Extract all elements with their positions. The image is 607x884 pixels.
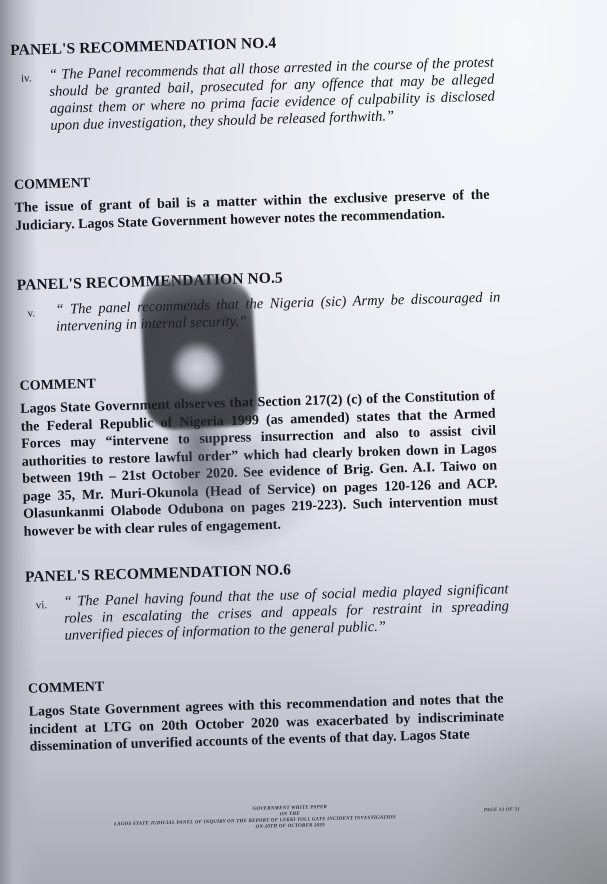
recommendation-item: v. “ The panel recommends that the Niger…	[17, 289, 513, 337]
page-footer: Government White Paper on the Lagos Stat…	[80, 801, 500, 835]
recommendation-number: v.	[17, 302, 56, 337]
recommendation-number: iv.	[11, 67, 51, 136]
comment-section-6: COMMENT Lagos State Government agrees wi…	[28, 668, 525, 756]
comment-title: COMMENT	[28, 668, 523, 698]
recommendation-text: “ The Panel recommends that all those ar…	[49, 55, 496, 135]
ink-blot-stain	[139, 275, 259, 431]
recommendation-item: iv. “ The Panel recommends that all thos…	[11, 54, 508, 136]
recommendation-section-4: PANEL'S RECOMMENDATION NO.4 iv. “ The Pa…	[10, 28, 507, 136]
document-page: PANEL'S RECOMMENDATION NO.4 iv. “ The Pa…	[0, 0, 607, 884]
comment-text: The issue of grant of bail is a matter w…	[14, 187, 490, 235]
recommendation-section-6: PANEL'S RECOMMENDATION NO.6 vi. “ The Pa…	[25, 555, 522, 646]
recommendation-text: “ The panel recommends that the Nigeria …	[55, 289, 501, 335]
recommendation-heading: PANEL'S RECOMMENDATION NO.4	[10, 28, 505, 60]
recommendation-heading: PANEL'S RECOMMENDATION NO.6	[25, 555, 520, 587]
document-body: PANEL'S RECOMMENDATION NO.4 iv. “ The Pa…	[10, 28, 525, 756]
comment-text: Lagos State Government agrees with this …	[28, 690, 504, 756]
recommendation-item: vi. “ The Panel having found that the us…	[25, 581, 521, 646]
recommendation-section-5: PANEL'S RECOMMENDATION NO.5 v. “ The pan…	[17, 263, 513, 337]
recommendation-text: “ The Panel having found that the use of…	[63, 581, 509, 644]
recommendation-heading: PANEL'S RECOMMENDATION NO.5	[17, 263, 512, 295]
ink-smudge	[140, 420, 320, 550]
page-number: Page 13 of 31	[484, 807, 520, 814]
comment-section-4: COMMENT The issue of grant of bail is a …	[14, 164, 510, 235]
recommendation-number: vi.	[25, 594, 64, 646]
